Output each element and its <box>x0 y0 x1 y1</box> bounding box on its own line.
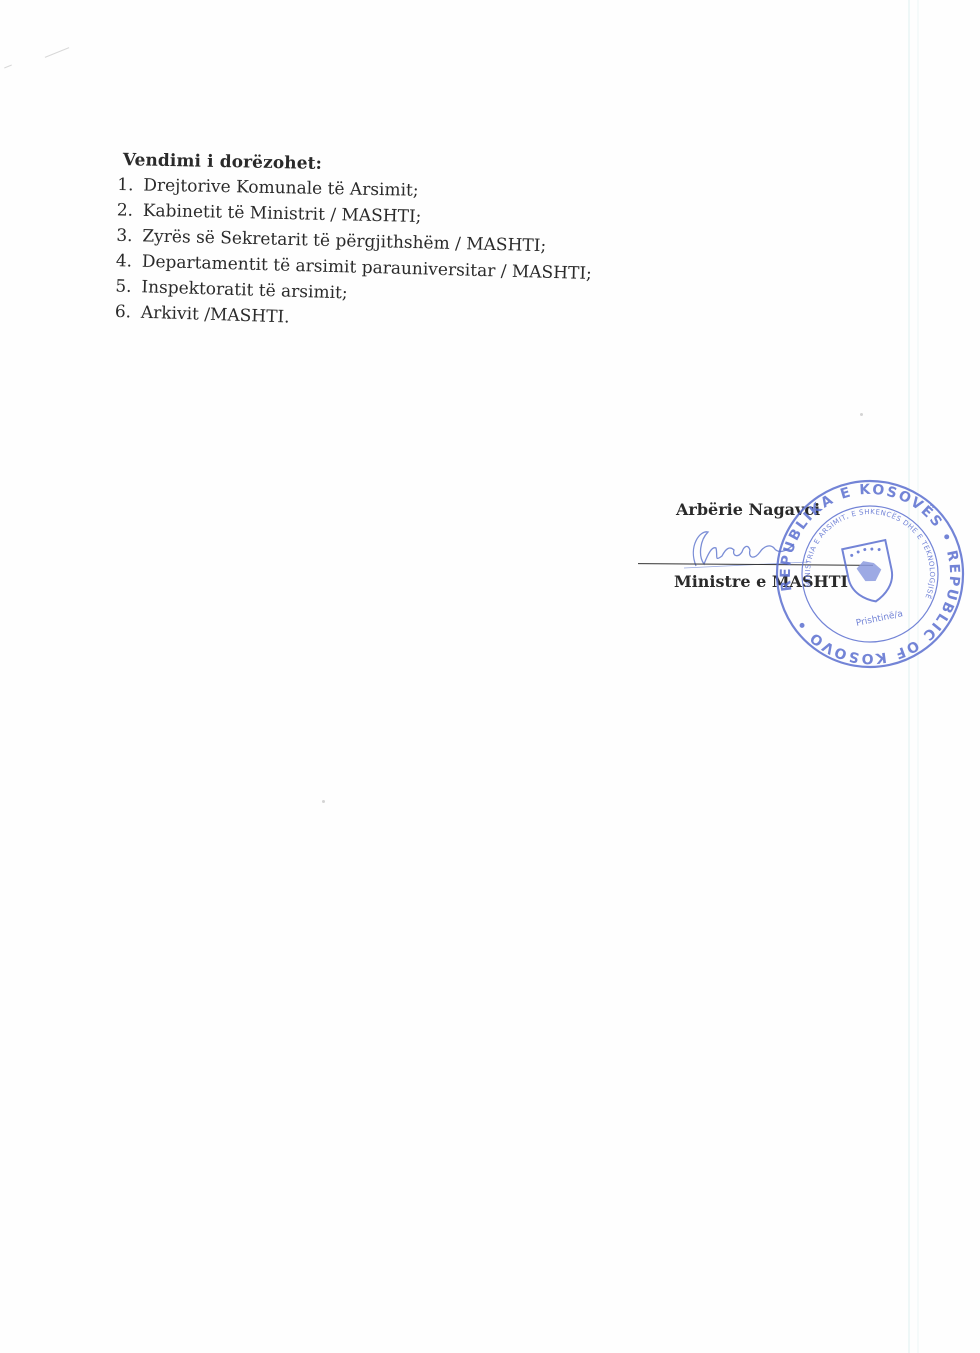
item-number: 6. <box>114 299 141 326</box>
item-number: 3. <box>116 223 143 250</box>
distribution-list: 1.Drejtorive Komunale të Arsimit;2.Kabin… <box>115 172 594 337</box>
item-number: 2. <box>117 197 144 224</box>
distribution-list-section: Vendimi i dorëzohet: 1.Drejtorive Komuna… <box>115 150 594 337</box>
item-number: 1. <box>117 172 143 198</box>
scan-dot <box>860 413 863 416</box>
item-text: Arkivit /MASHTI. <box>140 300 290 331</box>
scan-dot <box>322 800 325 803</box>
item-number: 5. <box>115 273 142 300</box>
scan-mark <box>4 65 12 69</box>
item-number: 4. <box>116 248 143 275</box>
scan-mark <box>45 47 69 58</box>
signature-block: Arbërie Nagavci Ministre e MASHTI REPUBL… <box>638 498 938 688</box>
official-stamp-icon: REPUBLIKA E KOSOVËS • REPUBLIC OF KOSOVO… <box>751 455 980 692</box>
svg-text:Prishtinë/a: Prishtinë/a <box>855 609 904 629</box>
